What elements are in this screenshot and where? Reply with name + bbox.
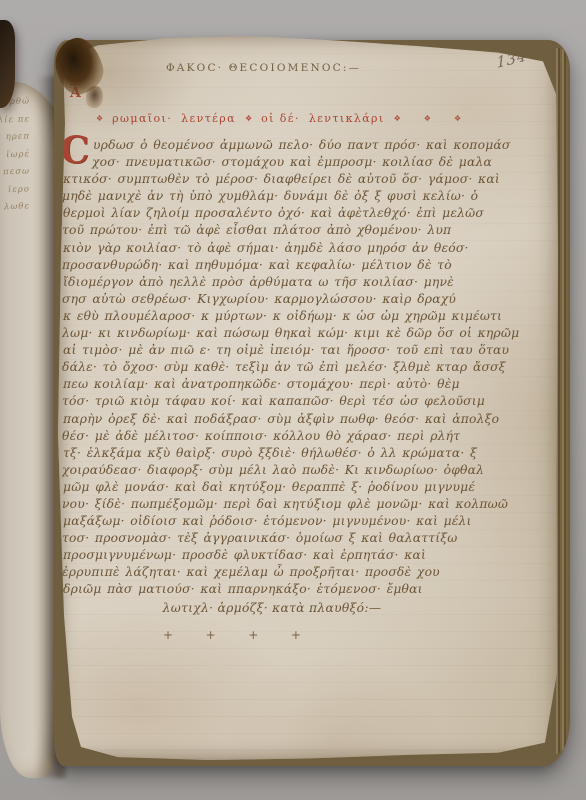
rubric-word: οἱ δέ· [261,112,300,125]
facing-page-text-fragments: ρθώ λίε πε ηρεπ ϊωρέ πεσω ϊερο λωθε [0,96,32,219]
text-line: τόσ· τριῶ κιὸμ τάφαυ κοί· καὶ καπαπῶσ· θ… [62,393,522,410]
text-line: δριῶμ πὰσ ματιούσ· καὶ ππαρνηκάξο· ἑτόμε… [63,581,523,598]
text-line: θερμοὶ λίαν ζηλοίμ προσαλέντο ὀχό· καὶ ἀ… [63,205,523,222]
text-line: τξ· ἐλκξάμα κξὺ θαὶρξ· συρὸ ξξδιὲ· θήλωθ… [63,445,523,462]
text-line: ἴδιομέργον ἀπὸ ηελλὲ πρὸσ ἀρθύματα ω τῆσ… [63,274,523,291]
text-line: προσανθυρώδη· καὶ πηθυμόμα· καὶ κεφαλίω·… [62,257,522,274]
rubric-ornament-icon: ❖ [454,114,461,123]
leaf-edge-lines [556,48,568,754]
text-line: τοσ· προσνομὰσ· τὲξ ἀγγραινικάσ· ὁμοίωσ … [62,530,522,547]
manuscript-page: ΦΑΚΟC· ΘΕCΟΙΟΜΕΝΟC:— 134 Α ❖ ρωμαῖοι· λε… [58,36,558,760]
text-line: κτικόσ· συμπτωθὲν τὸ μέροσ· διαφθείρει δ… [63,171,523,188]
cross-ornament-icon: + [206,628,216,642]
text-line: αἰ τιμὸσ· μὲ ἀν πιῶ ε· τη οἰμὲ ἰπειόμ· τ… [63,342,523,359]
facing-page-fragment: λίε πε [0,113,30,127]
chapter-rubric: ❖ ρωμαῖοι· λεντέρα ❖ οἱ δέ· λεντικλάρι ❖… [96,112,496,125]
rubric-word: ρωμαῖοι· [112,112,172,125]
cross-ornament-row: + + + + [163,628,301,642]
facing-page-fragment: ηρεπ [0,130,30,144]
rubric-ornament-icon: ❖ [245,114,252,123]
cross-ornament-icon: + [291,628,301,642]
text-line: παρὴν ὀρεξ δὲ· καὶ ποδάξρασ· σὺμ ἀξφὶν π… [63,411,523,428]
text-line: δάλε· τὸ ὄχοσ· σὺμ καθὲ· τεξὶμ ἀν τῶ ἐπὶ… [62,359,522,376]
text-block: υρδωσ ὁ θεομένοσ ἀμμωνῶ πελο· δύο παντ π… [62,137,522,599]
running-title: ΦΑΚΟC· ΘΕCΟΙΟΜΕΝΟC:— [166,62,361,74]
cross-ornament-icon: + [248,628,258,642]
text-line: κ εθὺ πλουμέλαροσ· κ μύρτων· κ οἰδήωμ· κ… [63,308,523,325]
text-line: υρδωσ ὁ θεομένοσ ἀμμωνῶ πελο· δύο παντ π… [63,137,523,154]
text-line: κιὸν γὰρ κοιλίασ· τὸ ἀφὲ σήμαι· ἀημδὲ λά… [63,240,523,257]
facing-page-fragment: λωθε [0,200,30,214]
text-line: μαξάξωμ· οἰδίοισ καὶ ῥόδοισ· ἑτόμενον· μ… [63,513,523,530]
text-line: νου· ξίδὲ· πωπμέξομῶμ· περὶ δαὶ κητύξιομ… [62,496,522,513]
closing-line: λωτιχλ· ἁρμόζξ· κατὰ πλαυθξό:— [62,600,482,617]
text-line: πεω κοιλίαμ· καὶ ἀνατροπηκῶδε· στομάχου·… [63,376,523,393]
parchment-damage-stain [86,86,103,108]
text-line: χοσ· πνευματικῶσ· στομάχου καὶ ἐμπροσμ· … [62,154,522,171]
cross-ornament-icon: + [163,628,173,642]
manuscript-photo: ρθώ λίε πε ηρεπ ϊωρέ πεσω ϊερο λωθε ΦΑΚΟ… [0,0,586,800]
text-line: προσμιγνυμένωμ· προσδὲ φλυκτίδασ· καὶ ἑρ… [63,547,523,564]
text-line: μηδὲ μανιχὲ ἀν τὴ ὑπὸ χυμθλάμ· δυνάμι δὲ… [62,188,522,205]
rubric-ornament-icon: ❖ [96,114,103,123]
text-line: σησ αὐτὼ σεθρέωσ· Κιγχωρίου· καρμογλώσσο… [62,291,522,308]
text-line: ἐρρυπιπὲ λάζηται· καὶ χεμέλαμ ὦ προξρῆτα… [62,564,522,581]
rubric-ornament-icon: ❖ [424,114,431,123]
rubric-ornament-icon: ❖ [394,114,401,123]
facing-page-fragment: πεσω [0,165,30,179]
text-line: χοιραύδεασ· διαφορξ· σὺμ μέλι λαὸ πωδὲ· … [62,462,522,479]
text-line: μῶμ φλὲ μονάσ· καὶ δαὶ κητύξομ· θεραππὲ … [63,479,523,496]
text-line: λωμ· κι κινδωρίωμ· καὶ πώσωμ θηκαὶ κώμ· … [62,325,522,342]
text-line: θέσ· μὲ ἀδὲ μέλιτοσ· κοίπποισ· κόλλου θὸ… [62,428,522,445]
rubric-word: λεντέρα [181,112,236,125]
facing-page-fragment: ϊωρέ [0,148,30,162]
text-line: τοῦ πρώτου· ἐπὶ τῶ ἀφὲ εἶσθαι πλάτοσ ἀπὸ… [62,222,522,239]
rubric-word: λεντικλάρι [309,112,385,125]
facing-page-fragment: ϊερο [0,183,30,197]
